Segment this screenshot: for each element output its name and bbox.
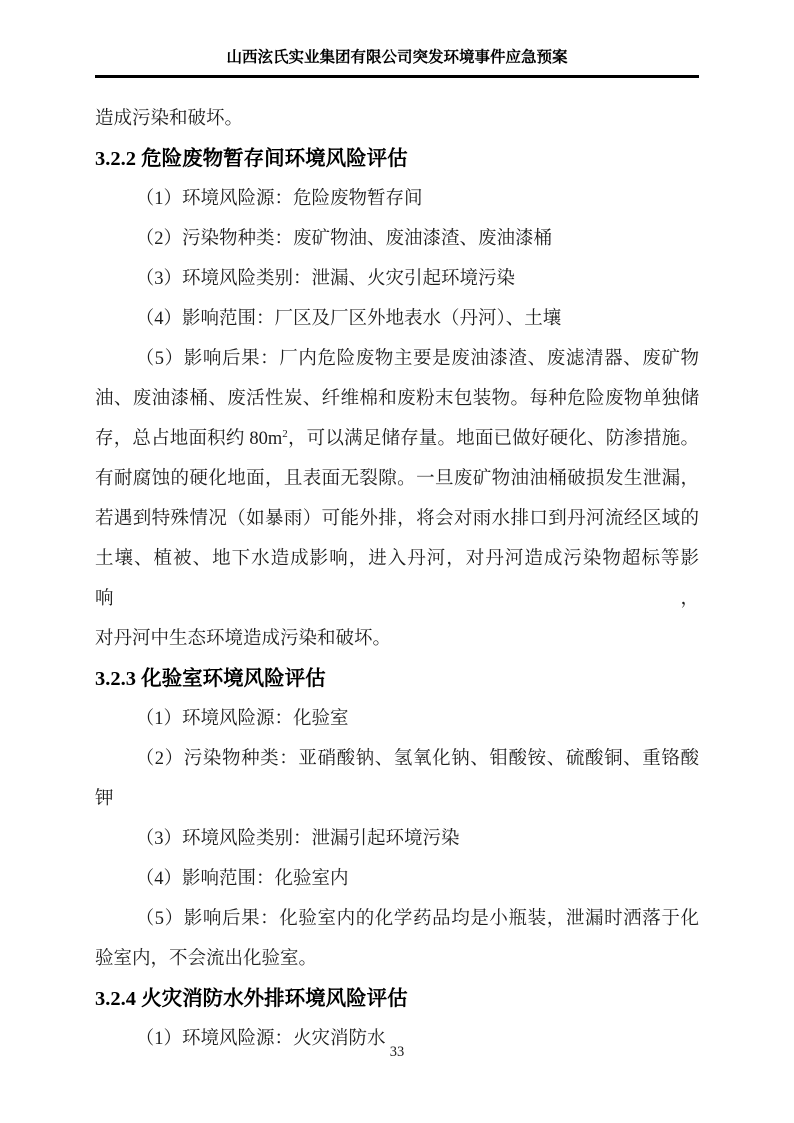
section-322-item-pollutant-types: （2）污染物种类：废矿物油、废油漆渣、废油漆桶 [95, 219, 699, 259]
section-323-item-risk-category: （3）环境风险类别：泄漏引起环境污染 [95, 819, 699, 859]
header-divider-rule [95, 75, 699, 78]
section-322-item-consequence-line-3: 存，总占地面积约 80m2，可以满足储存量。地面已做好硬化、防渗措施。 [95, 419, 699, 459]
section-322-heading: 3.2.2 危险废物暂存间环境风险评估 [95, 139, 699, 179]
section-323-item-pollutant-types-line-2: 钾 [95, 779, 699, 819]
section-322-item-consequence-line-2: 油、废油漆桶、废活性炭、纤维棉和废粉末包装物。每种危险废物单独储 [95, 379, 699, 419]
continuation-paragraph: 造成污染和破坏。 [95, 99, 699, 139]
section-323-item-risk-source: （1）环境风险源：化验室 [95, 699, 699, 739]
document-page: 山西泫氏实业集团有限公司突发环境事件应急预案 造成污染和破坏。 3.2.2 危险… [0, 0, 794, 1123]
section-324-heading: 3.2.4 火灾消防水外排环境风险评估 [95, 979, 699, 1019]
page-content: 山西泫氏实业集团有限公司突发环境事件应急预案 造成污染和破坏。 3.2.2 危险… [95, 48, 699, 1059]
section-322-item-consequence-line-5: 若遇到特殊情况（如暴雨）可能外排，将会对雨水排口到丹河流经区域的 [95, 499, 699, 539]
section-323-item-consequence-line-2: 验室内，不会流出化验室。 [95, 939, 699, 979]
section-322-item-consequence-line-7: 对丹河中生态环境造成污染和破坏。 [95, 619, 699, 659]
section-323-item-pollutant-types-line-1: （2）污染物种类：亚硝酸钠、氢氧化钠、钼酸铵、硫酸铜、重铬酸 [95, 739, 699, 779]
section-322-item-impact-scope: （4）影响范围：厂区及厂区外地表水（丹河）、土壤 [95, 299, 699, 339]
page-header-title: 山西泫氏实业集团有限公司突发环境事件应急预案 [95, 48, 699, 68]
section-323-heading: 3.2.3 化验室环境风险评估 [95, 659, 699, 699]
consequence-line-3-text-after-superscript: ，可以满足储存量。地面已做好硬化、防渗措施。 [288, 429, 699, 449]
section-322-item-risk-source: （1）环境风险源：危险废物暂存间 [95, 179, 699, 219]
section-322-item-risk-category: （3）环境风险类别：泄漏、火灾引起环境污染 [95, 259, 699, 299]
consequence-line-3-text-before-superscript: 存，总占地面积约 80m [95, 429, 282, 449]
section-323-item-consequence-line-1: （5）影响后果：化验室内的化学药品均是小瓶装，泄漏时洒落于化 [95, 899, 699, 939]
section-322-item-consequence-line-4: 有耐腐蚀的硬化地面，且表面无裂隙。一旦废矿物油油桶破损发生泄漏， [95, 459, 699, 499]
section-323-item-impact-scope: （4）影响范围：化验室内 [95, 859, 699, 899]
section-322-item-consequence-line-1: （5）影响后果：厂内危险废物主要是废油漆渣、废滤清器、废矿物 [95, 339, 699, 379]
page-number: 33 [0, 1044, 794, 1061]
section-322-item-consequence-line-6: 土壤、植被、地下水造成影响，进入丹河，对丹河造成污染物超标等影响， [95, 539, 699, 619]
document-body: 造成污染和破坏。 3.2.2 危险废物暂存间环境风险评估 （1）环境风险源：危险… [95, 99, 699, 1059]
